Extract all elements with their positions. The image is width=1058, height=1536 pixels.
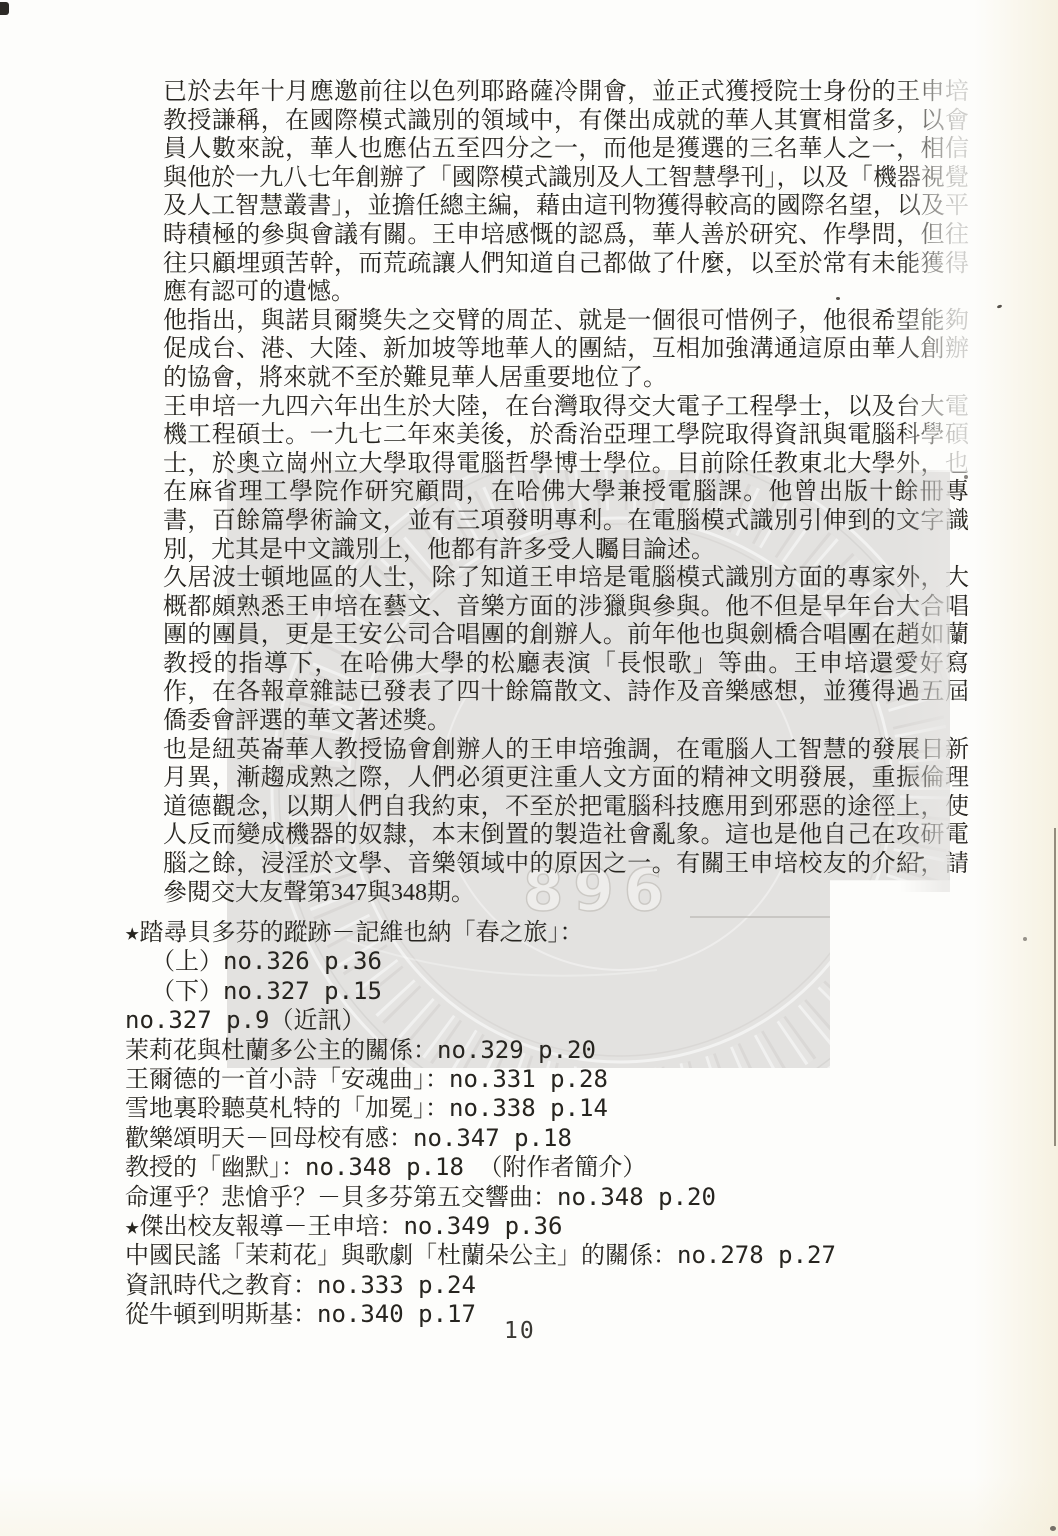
scan-edge-tint: [974, 0, 1058, 1536]
article-index-list: ★踏尋貝多芬的蹤跡－記維也納「春之旅」： （上）no.326 p.36 （下）n…: [125, 918, 985, 1330]
scan-speck: [1023, 937, 1027, 941]
scan-speck: [389, 566, 392, 572]
index-list-item: ★傑出校友報導－王申培：no.349 p.36: [125, 1212, 985, 1241]
paragraph: 他指出，與諾貝爾獎失之交臂的周芷、就是一個很可惜例子，他很希望能夠促成台、港、大…: [163, 307, 969, 393]
index-list-item: 茉莉花與杜蘭多公主的關係：no.329 p.20: [125, 1036, 985, 1065]
scan-speck: [836, 297, 840, 300]
index-list-item: 命運乎？悲愴乎？－貝多芬第五交響曲：no.348 p.20: [125, 1183, 985, 1212]
paragraph: 久居波士頓地區的人士，除了知道王申培是電腦模式識別方面的專家外，大概都頗熟悉王申…: [163, 564, 969, 736]
index-list-item: 中國民謠「茉莉花」與歌劇「杜蘭朵公主」的關係：no.278 p.27: [125, 1241, 985, 1270]
index-list-item: （下）no.327 p.15: [125, 977, 985, 1006]
paragraph: 王申培一九四六年出生於大陸，在台灣取得交大電子工程學士，以及台大電機工程碩士。一…: [163, 393, 969, 565]
index-list-item: 從牛頓到明斯基：no.340 p.17: [125, 1300, 985, 1329]
scanned-document-page: 896 已於去年十月應邀前往以色列耶路薩冷開會，並正式獲授院士身份的王申培教授謙…: [0, 0, 1058, 1536]
scan-speck: [964, 475, 968, 479]
scan-edge-tint: [0, 1476, 1058, 1536]
paragraph: 也是紐英崙華人教授協會創辦人的王申培強調，在電腦人工智慧的發展日新月異，漸趨成熟…: [163, 736, 969, 908]
article-body: 已於去年十月應邀前往以色列耶路薩冷開會，並正式獲授院士身份的王申培教授謙稱，在國…: [163, 78, 969, 907]
page-number: 10: [504, 1318, 536, 1344]
scan-speck: [1050, 1526, 1056, 1531]
index-list-item: 資訊時代之教育：no.333 p.24: [125, 1271, 985, 1300]
index-list-item: 歡樂頌明天－回母校有感：no.347 p.18: [125, 1124, 985, 1153]
index-list-item: 雪地裏聆聽莫札特的「加冕」：no.338 p.14: [125, 1094, 985, 1123]
scan-speck: [997, 304, 1003, 309]
paragraph: 已於去年十月應邀前往以色列耶路薩冷開會，並正式獲授院士身份的王申培教授謙稱，在國…: [163, 78, 969, 307]
index-list-item: no.327 p.9（近訊）: [125, 1006, 985, 1035]
index-list-item: （上）no.326 p.36: [125, 947, 985, 976]
index-list-item: 教授的「幽默」：no.348 p.18 （附作者簡介）: [125, 1153, 985, 1182]
scan-edge-line: [1054, 828, 1056, 1146]
index-list-item: ★踏尋貝多芬的蹤跡－記維也納「春之旅」：: [125, 918, 985, 947]
scan-corner-mark: [0, 2, 9, 15]
index-list-item: 王爾德的一首小詩「安魂曲」：no.331 p.28: [125, 1065, 985, 1094]
